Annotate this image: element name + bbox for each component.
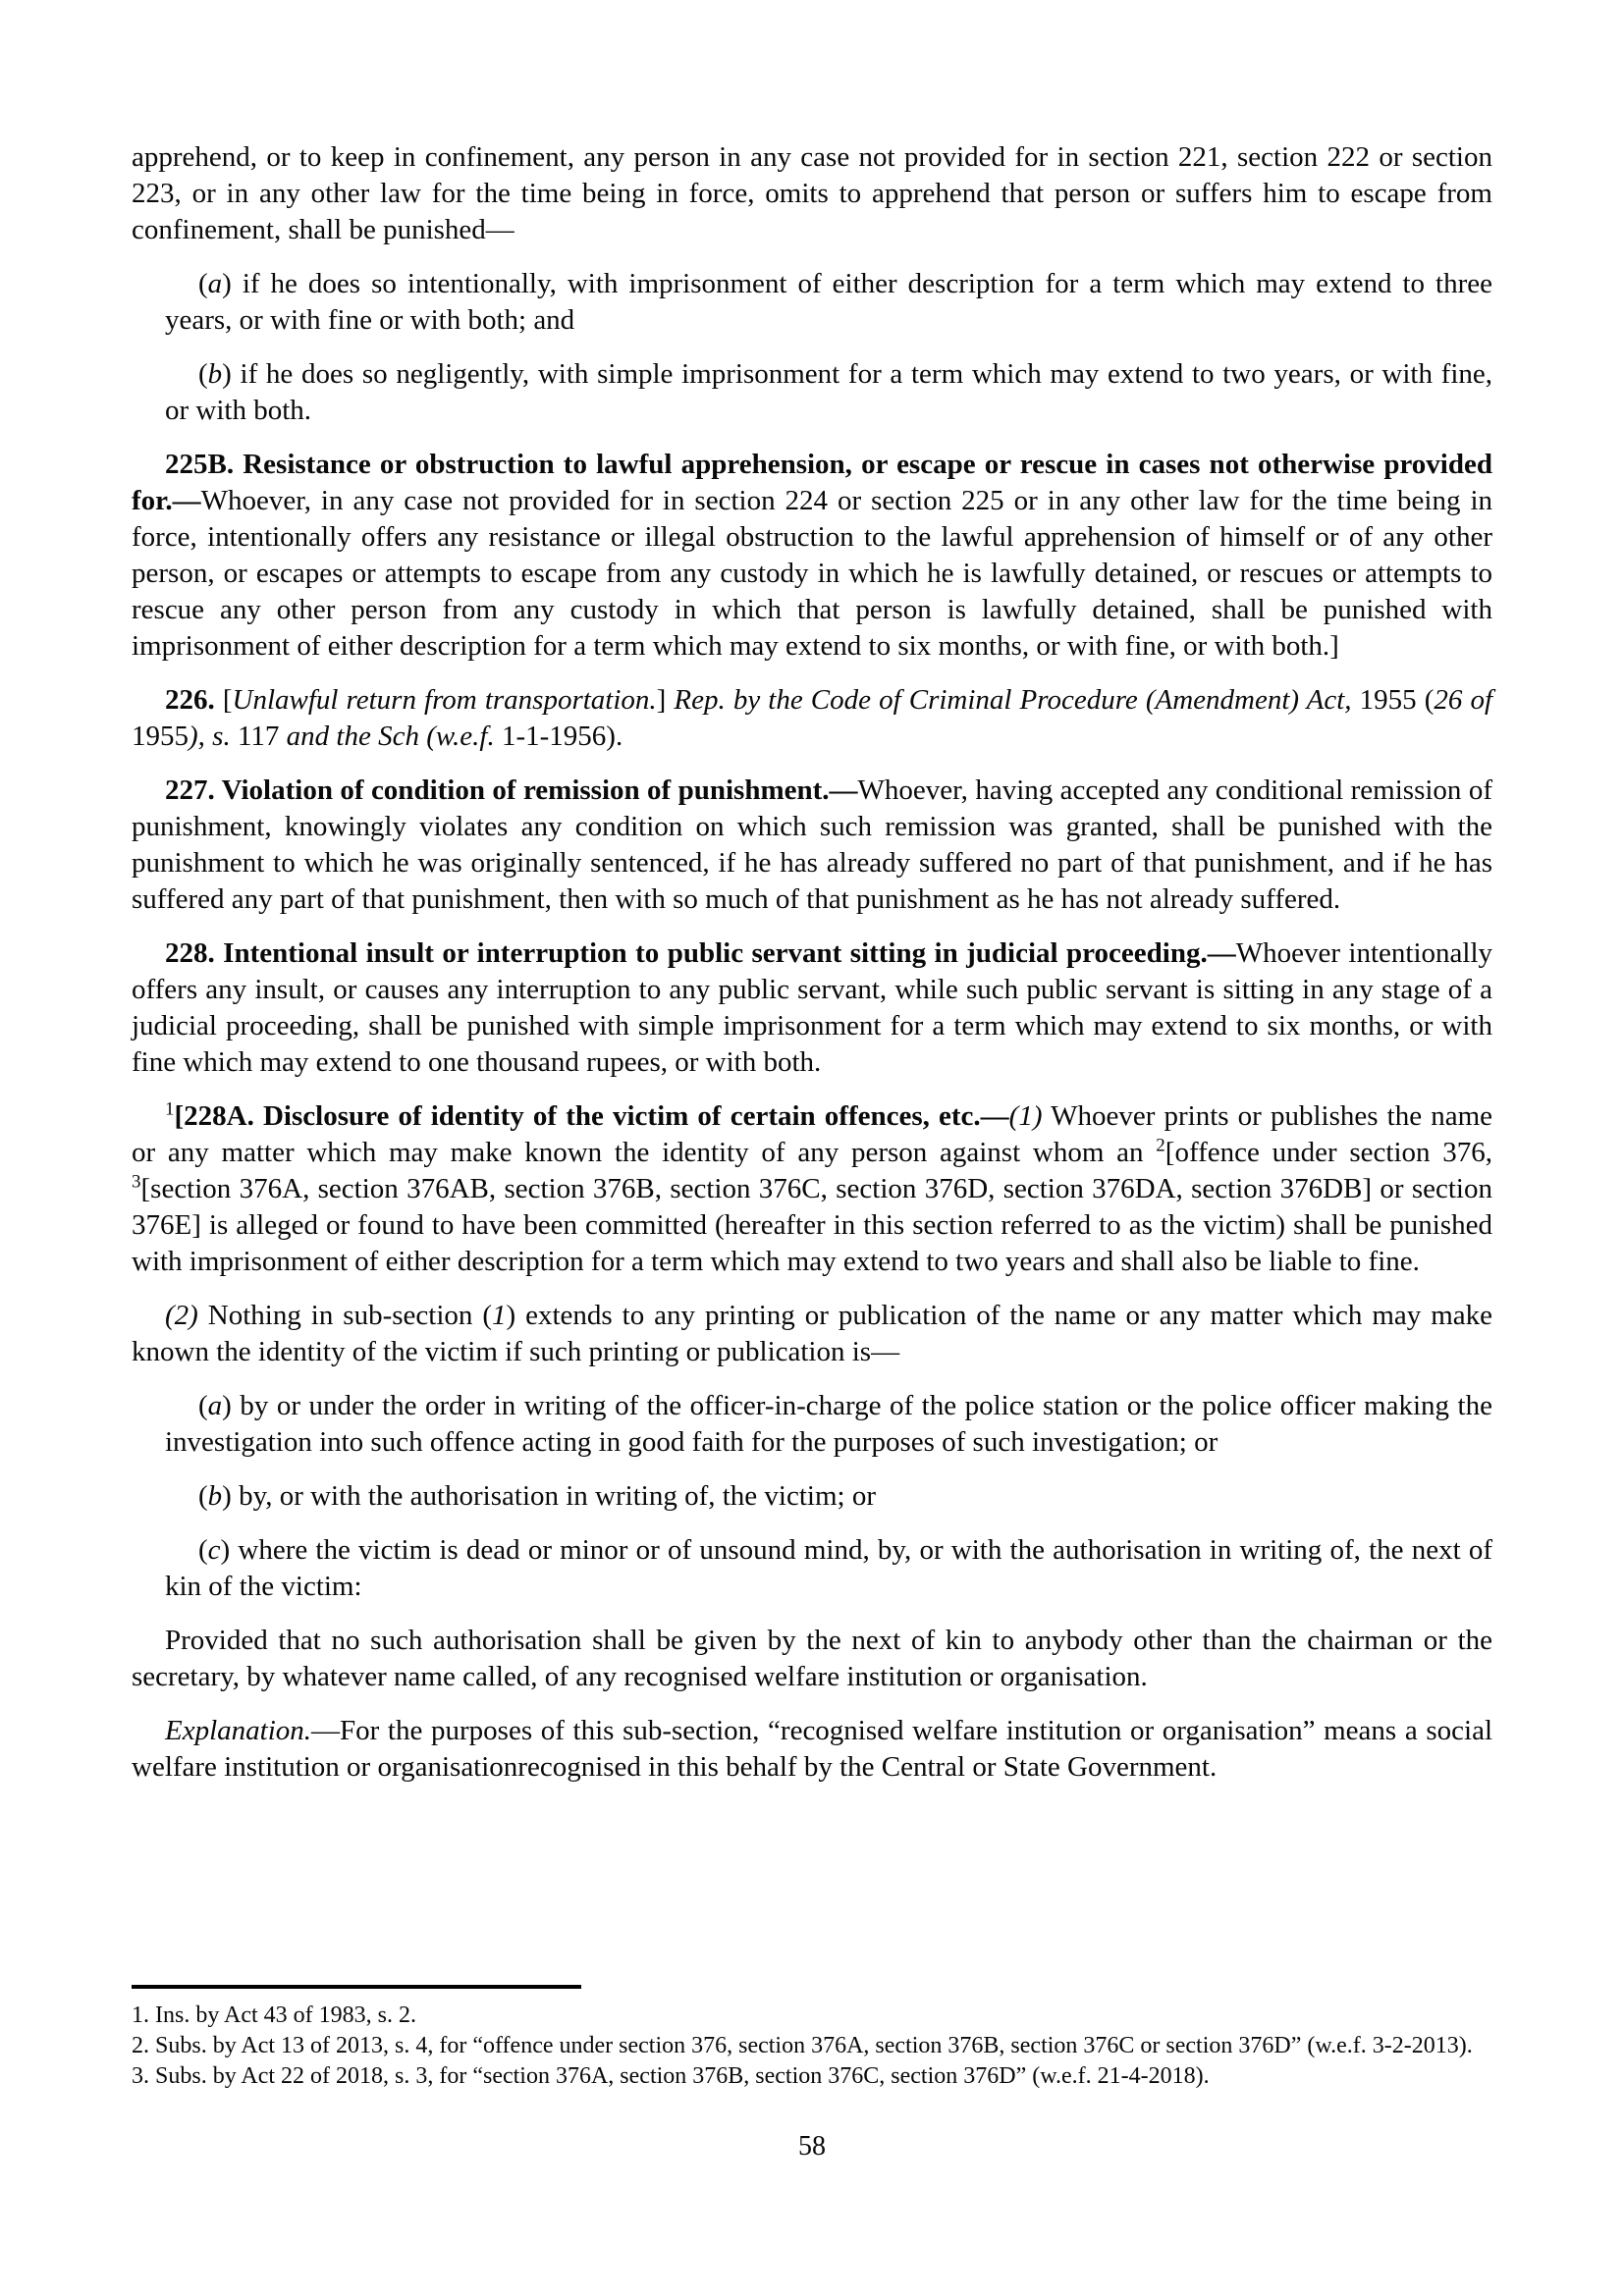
- text-run: Nothing in sub-section (: [198, 1300, 492, 1331]
- text-run: ) if he does so intentionally, with impr…: [165, 268, 1492, 336]
- paragraph-section-225b: 225B. Resistance or obstruction to lawfu…: [132, 447, 1492, 665]
- text-run: b: [208, 1480, 223, 1512]
- footnote-2: 2. Subs. by Act 13 of 2013, s. 4, for “o…: [132, 2031, 1492, 2061]
- text-run: 1955 (: [1360, 684, 1435, 716]
- text-run: 1-1-1956).: [502, 721, 623, 752]
- text-run: 1: [492, 1300, 507, 1331]
- text-run: .—: [822, 774, 857, 806]
- paragraph-clause-a-publication: (a) by or under the order in writing of …: [165, 1388, 1492, 1461]
- paragraph-224-continuation: apprehend, or to keep in confinement, an…: [132, 139, 1492, 248]
- text-run: (: [198, 1534, 208, 1566]
- footnote-list: 1. Ins. by Act 43 of 1983, s. 2.2. Subs.…: [132, 2001, 1492, 2092]
- text-run: (: [198, 1480, 208, 1512]
- text-run: 117: [238, 721, 287, 752]
- text-run: 228. Intentional insult or interruption …: [165, 937, 1200, 969]
- text-run: [: [223, 684, 233, 716]
- footnote-ref: 1: [165, 1098, 175, 1119]
- text-run: 1955: [132, 721, 189, 752]
- footnote-separator: [132, 1985, 581, 1989]
- paragraph-clause-a-punishment: (a) if he does so intentionally, with im…: [165, 266, 1492, 339]
- paragraph-clause-b-publication: (b) by, or with the authorisation in wri…: [165, 1478, 1492, 1515]
- footnote-1: 1. Ins. by Act 43 of 1983, s. 2.: [132, 2001, 1492, 2031]
- paragraph-section-228: 228. Intentional insult or interruption …: [132, 935, 1492, 1081]
- text-run: (1): [1009, 1100, 1043, 1132]
- paragraph-explanation: Explanation.—For the purposes of this su…: [132, 1713, 1492, 1786]
- footnote-ref: 3: [132, 1171, 141, 1192]
- document-content: apprehend, or to keep in confinement, an…: [132, 139, 1492, 1803]
- text-run: Unlawful return from transportation.: [233, 684, 657, 716]
- text-run: ) by or under the order in writing of th…: [165, 1390, 1492, 1458]
- text-run: 227. Violation of condition of remission…: [165, 774, 822, 806]
- text-run: —For the purposes of this sub-section, “…: [132, 1715, 1492, 1783]
- text-run: a: [208, 1390, 223, 1421]
- paragraph-subsection-2: (2) Nothing in sub-section (1) extends t…: [132, 1298, 1492, 1370]
- text-run: c: [208, 1534, 221, 1566]
- text-run: 26 of: [1434, 684, 1492, 716]
- paragraph-clause-b-punishment: (b) if he does so negligently, with simp…: [165, 356, 1492, 429]
- text-run: ]: [657, 684, 675, 716]
- text-run: 2. Subs. by Act 13 of 2013, s. 4, for “o…: [132, 2033, 1473, 2058]
- text-run: .—: [165, 485, 200, 516]
- text-run: [section 376A, section 376AB, section 37…: [132, 1173, 1492, 1277]
- text-run: ), s.: [189, 721, 238, 752]
- text-run: ) if he does so negligently, with simple…: [165, 358, 1492, 426]
- text-run: 3. Subs. by Act 22 of 2018, s. 3, for “s…: [132, 2063, 1210, 2089]
- text-run: Provided that no such authorisation shal…: [132, 1625, 1492, 1692]
- document-page: apprehend, or to keep in confinement, an…: [0, 0, 1624, 2296]
- footnote-block: 1. Ins. by Act 43 of 1983, s. 2.2. Subs.…: [132, 1985, 1492, 2092]
- text-run: Whoever, in any case not provided for in…: [132, 485, 1492, 662]
- text-run: [228A. Disclosure of identity of the vic…: [175, 1100, 981, 1132]
- paragraph-section-227: 227. Violation of condition of remission…: [132, 773, 1492, 918]
- text-run: ) where the victim is dead or minor or o…: [165, 1534, 1492, 1602]
- text-run: a: [208, 268, 223, 299]
- text-run: b: [208, 358, 223, 390]
- paragraph-section-226: 226. [Unlawful return from transportatio…: [132, 682, 1492, 755]
- text-run: (: [198, 358, 208, 390]
- text-run: 1. Ins. by Act 43 of 1983, s. 2.: [132, 2002, 416, 2028]
- paragraph-proviso: Provided that no such authorisation shal…: [132, 1623, 1492, 1695]
- text-run: (: [198, 1390, 208, 1421]
- text-run: apprehend, or to keep in confinement, an…: [132, 141, 1492, 245]
- text-run: Explanation.: [165, 1715, 311, 1746]
- text-run: .—: [1200, 937, 1235, 969]
- text-run: Rep. by the Code of Criminal Procedure (…: [674, 684, 1359, 716]
- page-number: 58: [0, 2128, 1624, 2164]
- text-run: (2): [165, 1300, 198, 1331]
- footnote-ref: 2: [1156, 1135, 1165, 1155]
- text-run: —: [981, 1100, 1009, 1132]
- paragraph-section-228a: 1[228A. Disclosure of identity of the vi…: [132, 1098, 1492, 1280]
- paragraph-clause-c-publication: (c) where the victim is dead or minor or…: [165, 1532, 1492, 1605]
- text-run: (: [198, 268, 208, 299]
- footnote-3: 3. Subs. by Act 22 of 2018, s. 3, for “s…: [132, 2061, 1492, 2092]
- text-run: [offence under section 376,: [1165, 1137, 1492, 1168]
- text-run: ) by, or with the authorisation in writi…: [222, 1480, 876, 1512]
- text-run: 226.: [165, 684, 223, 716]
- text-run: and the Sch (w.e.f.: [287, 721, 502, 752]
